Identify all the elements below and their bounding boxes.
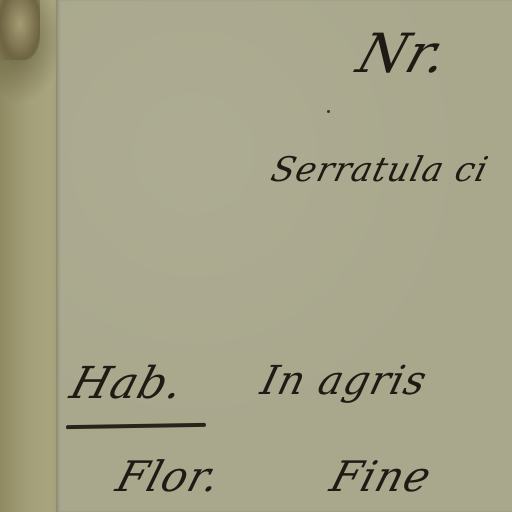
string-tie-left — [0, 0, 40, 60]
specimen-label — [56, 0, 512, 512]
habitat-prefix: Hab. — [65, 358, 190, 409]
flowering-text: Fine — [325, 452, 438, 501]
ink-speck — [327, 110, 330, 113]
habitat-text: In agris — [256, 358, 432, 404]
flowering-prefix: Flor. — [111, 452, 227, 501]
species-name: Serratula ci — [267, 150, 493, 190]
